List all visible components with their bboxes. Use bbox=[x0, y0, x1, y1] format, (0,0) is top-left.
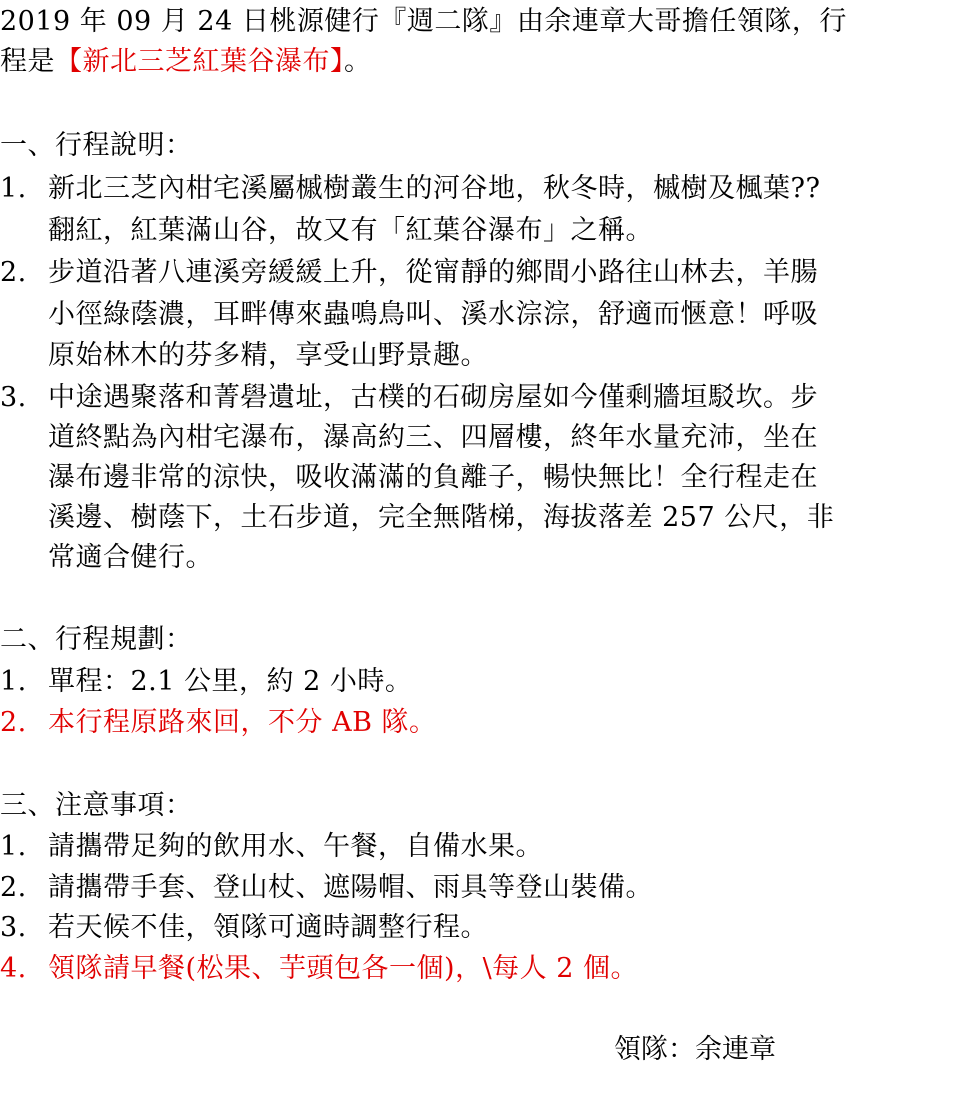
intro-prefix: 程是 bbox=[0, 46, 55, 77]
section3-heading: 三、注意事項： bbox=[0, 786, 193, 826]
item-number: 4. bbox=[0, 949, 48, 989]
item-text: 步道沿著八連溪旁緩緩上升，從甯靜的鄉間小路往山林去，羊腸 bbox=[48, 257, 818, 288]
section1-item-3-line-4: 溪邊、樹蔭下，土石步道，完全無階梯，海拔落差 257 公尺，非 bbox=[48, 498, 834, 538]
section3-item-2: 2.請攜帶手套、登山杖、遮陽帽、雨具等登山裝備。 bbox=[0, 868, 653, 908]
item-text: 中途遇聚落和菁礐遺址，古樸的石砌房屋如今僅剩牆垣駁坎。步 bbox=[48, 382, 818, 413]
intro-line-1: 2019 年 09 月 24 日桃源健行『週二隊』由余連章大哥擔任領隊，行 bbox=[0, 2, 847, 42]
item-text: 新北三芝內柑宅溪屬槭樹叢生的河谷地，秋冬時，槭樹及楓葉?? bbox=[48, 173, 820, 204]
intro-line-2: 程是【新北三芝紅葉谷瀑布】。 bbox=[0, 42, 372, 82]
trip-title-highlight: 【新北三芝紅葉谷瀑布】 bbox=[55, 46, 344, 77]
section1-item-2-line-3: 原始林木的芬多精，享受山野景趣。 bbox=[48, 336, 488, 376]
item-number: 1. bbox=[0, 169, 48, 209]
item-number: 1. bbox=[0, 662, 48, 702]
section3-item-3: 3.若天候不佳，領隊可適時調整行程。 bbox=[0, 908, 488, 948]
intro-suffix: 。 bbox=[344, 46, 372, 77]
item-text: 請攜帶足夠的飲用水、午餐，自備水果。 bbox=[48, 831, 543, 862]
item-number: 1. bbox=[0, 827, 48, 867]
section1-item-1-line-1: 1.新北三芝內柑宅溪屬槭樹叢生的河谷地，秋冬時，槭樹及楓葉?? bbox=[0, 169, 820, 209]
section1-item-3-line-3: 瀑布邊非常的涼快，吸收滿滿的負離子，暢快無比！全行程走在 bbox=[48, 458, 818, 498]
section2-item-1: 1.單程：2.1 公里，約 2 小時。 bbox=[0, 662, 412, 702]
section1-heading: 一、行程說明： bbox=[0, 126, 193, 166]
section1-item-1-line-2: 翻紅，紅葉滿山谷，故又有「紅葉谷瀑布」之稱。 bbox=[48, 211, 653, 251]
item-text: 請攜帶手套、登山杖、遮陽帽、雨具等登山裝備。 bbox=[48, 872, 653, 903]
section1-item-3-line-5: 常適合健行。 bbox=[48, 538, 213, 578]
section1-item-2-line-2: 小徑綠蔭濃，耳畔傳來蟲鳴鳥叫、溪水淙淙，舒適而愜意！呼吸 bbox=[48, 295, 818, 335]
leader-signature: 領隊：余連章 bbox=[614, 1030, 776, 1070]
item-number: 3. bbox=[0, 378, 48, 418]
item-text: 本行程原路來回，不分 AB 隊。 bbox=[48, 707, 437, 738]
item-number: 2. bbox=[0, 253, 48, 293]
item-number: 3. bbox=[0, 908, 48, 948]
section2-heading: 二、行程規劃： bbox=[0, 620, 193, 660]
item-text: 若天候不佳，領隊可適時調整行程。 bbox=[48, 912, 488, 943]
section1-item-3-line-1: 3.中途遇聚落和菁礐遺址，古樸的石砌房屋如今僅剩牆垣駁坎。步 bbox=[0, 378, 818, 418]
item-text: 單程：2.1 公里，約 2 小時。 bbox=[48, 666, 412, 697]
section1-item-2-line-1: 2.步道沿著八連溪旁緩緩上升，從甯靜的鄉間小路往山林去，羊腸 bbox=[0, 253, 818, 293]
section1-item-3-line-2: 道終點為內柑宅瀑布，瀑高約三、四層樓，終年水量充沛，坐在 bbox=[48, 418, 818, 458]
item-number: 2. bbox=[0, 703, 48, 743]
section3-item-1: 1.請攜帶足夠的飲用水、午餐，自備水果。 bbox=[0, 827, 543, 867]
item-text: 領隊請早餐(松果、芋頭包各一個)，\每人 2 個。 bbox=[48, 953, 638, 984]
section3-item-4: 4.領隊請早餐(松果、芋頭包各一個)，\每人 2 個。 bbox=[0, 949, 638, 989]
item-number: 2. bbox=[0, 868, 48, 908]
section2-item-2: 2.本行程原路來回，不分 AB 隊。 bbox=[0, 703, 437, 743]
